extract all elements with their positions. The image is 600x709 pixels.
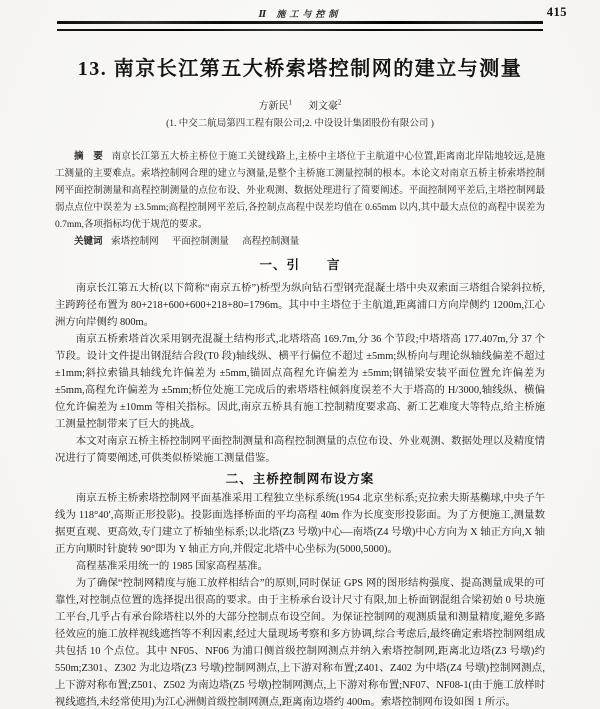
page-number: 415 [547, 5, 567, 20]
section-2-paragraph-2: 高程基准采用统一的 1985 国家高程基准。 [55, 558, 545, 575]
section-2-paragraph-3: 为了确保“控制网精度与施工放样相结合”的原则,同时保证 GPS 网的图形结构强度… [55, 575, 545, 709]
header-rule-thick [57, 21, 543, 24]
abstract-text: 南京长江第五大桥主桥位于施工关键线路上,主桥中主塔位于主航道中心位置,距离南北岸… [55, 152, 545, 230]
author-2: 刘文豪2 [308, 101, 342, 112]
section-1-paragraph-3: 本文对南京五桥主桥控制网平面控制测量和高程控制测量的点位布设、外业观测、数据处理… [55, 433, 545, 467]
running-title: Ⅱ 施工与控制 [259, 7, 342, 20]
keywords-line: 关键词索塔控制网平面控制测量高程控制测量 [55, 234, 545, 251]
affiliation-line: (1. 中交二航局第四工程有限公司;2. 中设设计集团股份有限公司 ) [55, 118, 545, 131]
author-2-affiliation-marker: 2 [338, 99, 342, 107]
section-1-heading: 一、引 言 [55, 257, 545, 274]
page-header: Ⅱ 施工与控制 415 [55, 5, 545, 18]
abstract-label: 摘 要 [74, 152, 103, 162]
author-1: 方新民1 [259, 101, 293, 112]
keyword-3: 高程控制测量 [242, 237, 299, 247]
keywords-label: 关键词 [74, 237, 103, 247]
keyword-1: 索塔控制网 [111, 237, 159, 247]
section-2-paragraph-1: 南京五桥主桥索塔控制网平面基准采用工程独立坐标系统(1954 北京坐标系;克拉索… [55, 490, 545, 558]
section-2-heading: 二、主桥控制网布设方案 [55, 471, 545, 488]
author-1-affiliation-marker: 1 [289, 99, 293, 107]
section-1-paragraph-2: 南京五桥索塔首次采用钢壳混凝土结构形式,北塔塔高 169.7m,分 36 个节段… [55, 331, 545, 433]
keyword-2: 平面控制测量 [172, 237, 229, 247]
author-2-name: 刘文豪 [308, 101, 338, 112]
abstract-block: 摘 要南京长江第五大桥主桥位于施工关键线路上,主桥中主塔位于主航道中心位置,距离… [55, 149, 545, 234]
header-rule-thin [57, 29, 543, 31]
section-1-paragraph-1: 南京长江第五大桥(以下简称“南京五桥”)桥型为纵向钻石型钢壳混凝土塔中央双索面三… [55, 280, 545, 331]
article-title: 13. 南京长江第五大桥索塔控制网的建立与测量 [55, 56, 545, 82]
authors-line: 方新民1刘文豪2 [55, 97, 545, 113]
paper-page: Ⅱ 施工与控制 415 13. 南京长江第五大桥索塔控制网的建立与测量 方新民1… [0, 0, 600, 709]
author-1-name: 方新民 [259, 101, 289, 112]
